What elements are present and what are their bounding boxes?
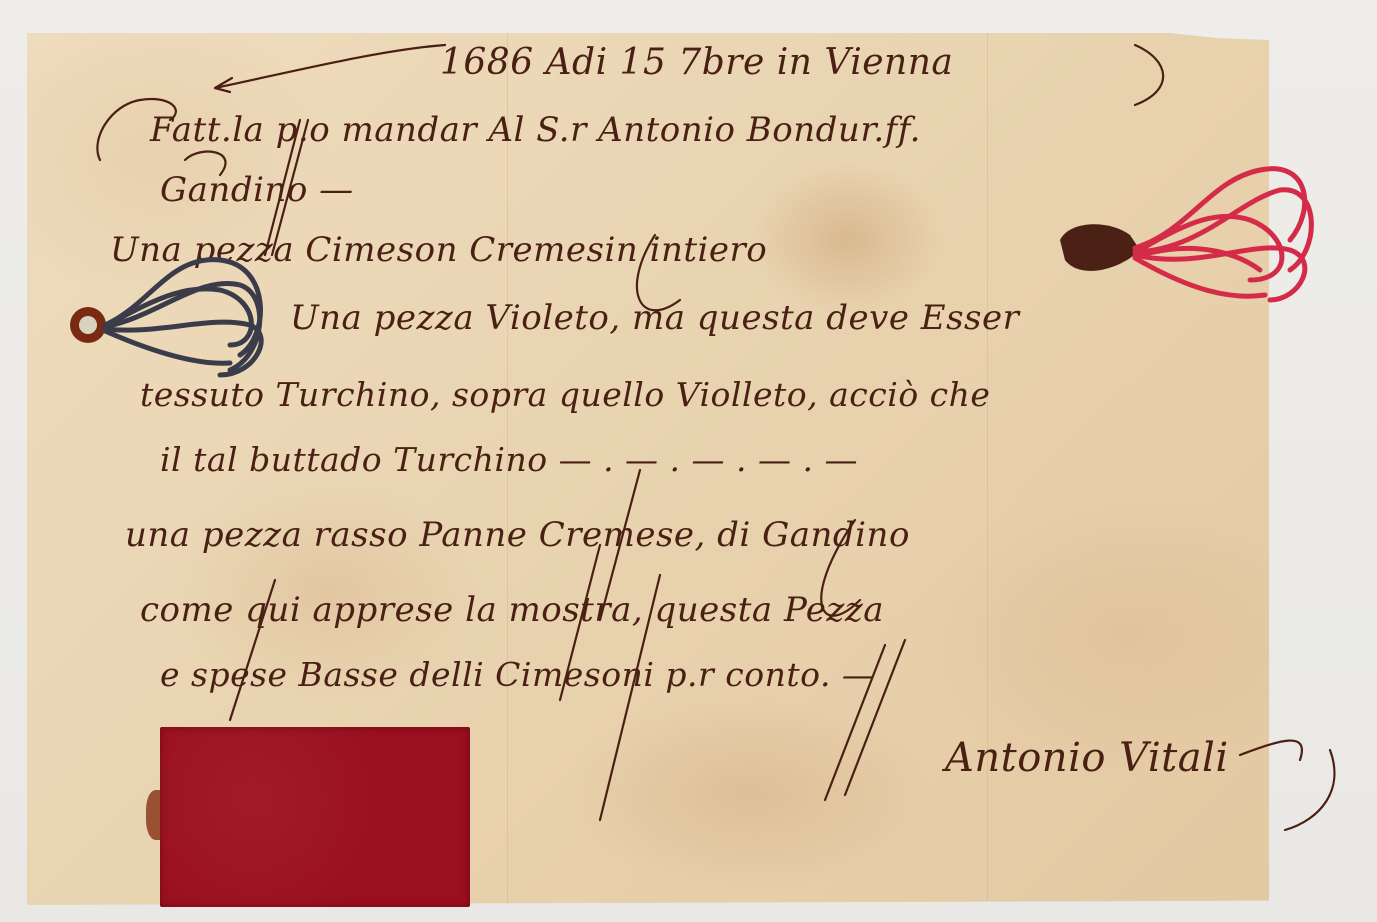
blue-thread-sample — [60, 245, 280, 385]
body-line-9: e spese Basse delli Cimesoni p.r conto. … — [160, 655, 875, 694]
header-date-line: 1686 Adi 15 7bre in Vienna — [440, 42, 953, 83]
body-line-6: il tal buttado Turchino — . — . — . — . … — [160, 440, 858, 479]
body-line-8: come qui apprese la mostra, questa Pezza — [140, 590, 884, 630]
red-thread-sample — [1050, 160, 1330, 330]
body-line-1: Fatt.la p.o mandar Al S.r Antonio Bondur… — [150, 110, 921, 150]
red-felt-sample — [160, 727, 470, 907]
photo-stage: 1686 Adi 15 7bre in Vienna Fatt.la p.o m… — [0, 0, 1377, 922]
body-line-4: Una pezza Violeto, ma questa deve Esser — [290, 298, 1019, 338]
body-line-7: una pezza rasso Panne Cremese, di Gandin… — [125, 515, 910, 555]
body-line-2: Gandino — — [160, 170, 354, 210]
signature: Antonio Vitali — [945, 735, 1229, 781]
